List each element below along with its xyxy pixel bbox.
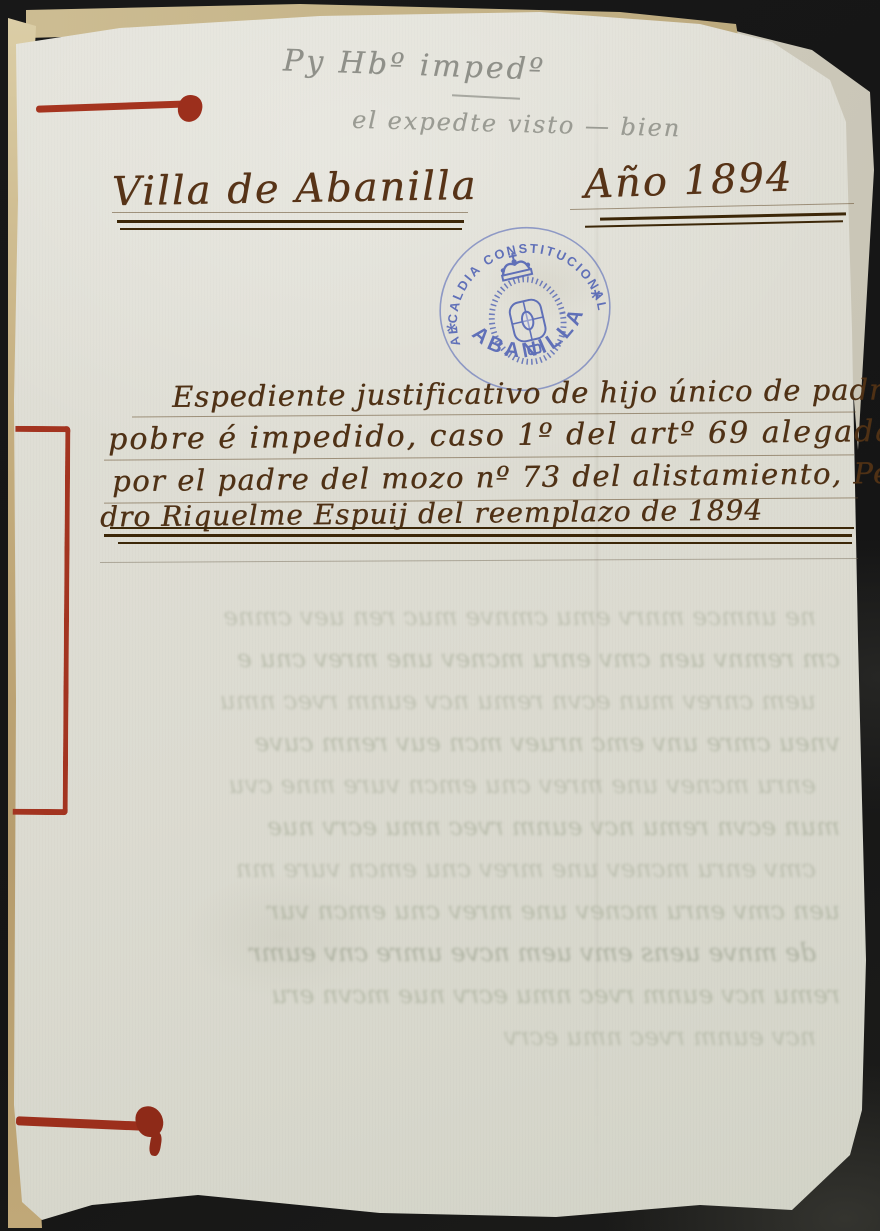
showthrough-line: uem cnrev mun ecvn remu ncv eunm rvec nm… <box>130 680 840 722</box>
showthrough-line: uen cmv enru mcnev une mrev cnu emcn vur <box>130 890 840 932</box>
showthrough-line: enru mcnev une mrev cnu emcn vure mne cv… <box>130 764 840 806</box>
title-underline-1 <box>112 212 468 213</box>
closing-rule-3 <box>118 542 852 544</box>
year-heading: Año 1894 <box>583 154 794 207</box>
showthrough-line: cmv enru mcnev une mrev cnu emcn vure mn <box>130 848 840 890</box>
binding-thread-middle <box>13 426 71 815</box>
showthrough-line: ncv eunm rvec nmu ecrv <box>130 1016 840 1058</box>
showthrough-text: ne unmce mnrv emu cmnve muc ren uev cmne… <box>130 596 840 1058</box>
page-title: Villa de Abanilla <box>112 163 478 215</box>
showthrough-line: vneu cmre unv emc nruev mcn euv renm cuv… <box>130 722 840 764</box>
title-underline-2 <box>117 220 464 223</box>
showthrough-line: ne unmce mnrv emu cmnve muc ren uev cmne <box>130 596 840 638</box>
title-underline-3 <box>120 228 462 230</box>
showthrough-line: de mnve uens emv uem ncve umre cnv eumr <box>130 932 840 974</box>
closing-rule-1 <box>110 527 854 529</box>
scanned-document-photo: Py Hbº impedº el expedte visto — bien Vi… <box>0 0 880 1231</box>
showthrough-line: mun ecvn remu ncv eunm rvec nmu ecrv nue <box>130 806 840 848</box>
showthrough-line: remu ncv eunm rvec nmu ecrv nue mcvn eru <box>130 974 840 1016</box>
closing-rule-2 <box>104 534 852 537</box>
showthrough-line: cm remnv uen cmv enru mcnev une mrev cnu… <box>130 638 840 680</box>
